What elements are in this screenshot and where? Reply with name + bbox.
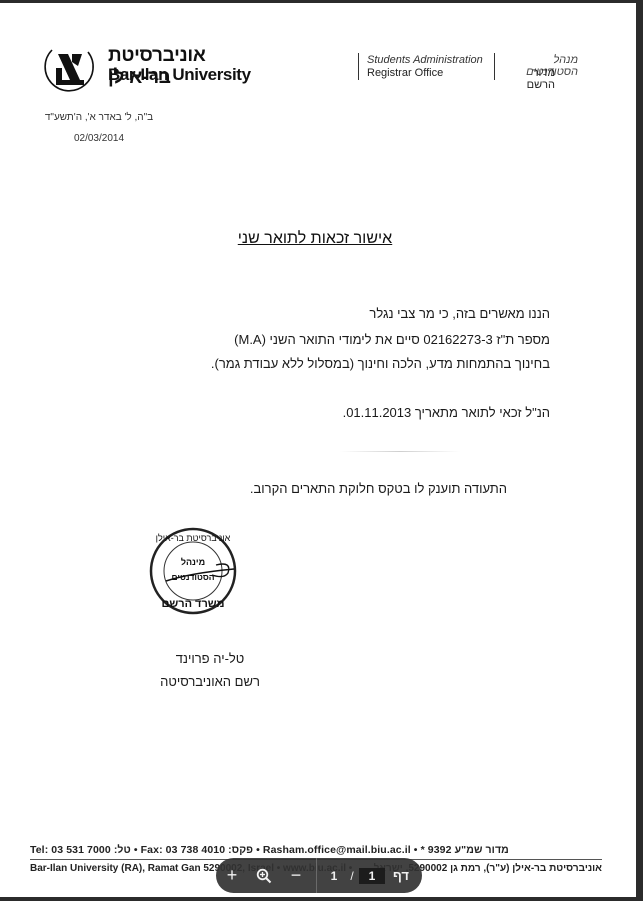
stamp-inner-line2: הסטודנטים xyxy=(171,572,214,582)
document-title: אישור זכאות לתואר שני xyxy=(225,230,405,248)
signatory-title: רשם האוניברסיטה xyxy=(150,674,270,689)
magnifier-icon xyxy=(256,868,272,884)
body-line: בחינוך בהתמחות מדע, הלכה וחינוך (במסלול … xyxy=(211,356,550,371)
stamp-outer-text: אוניברסיטת בר-אילן xyxy=(156,533,231,543)
gregorian-date: 02/03/2014 xyxy=(40,133,158,144)
office-en-line2: Registrar Office xyxy=(367,67,443,79)
university-name-english: Bar-Ilan University xyxy=(108,65,251,85)
body-line: הננו מאשרים בזה, כי מר צבי נגלר xyxy=(369,306,550,321)
footer-contact-line: Tel: 03 531 7000 :טל • Fax: 03 738 4010 … xyxy=(30,844,592,856)
page-number-input[interactable]: 1 xyxy=(359,868,385,884)
page-separator: / xyxy=(345,869,359,883)
pdf-toolbar: + − 1 / 1 דף xyxy=(216,858,422,893)
bar-ilan-logo-icon xyxy=(42,40,96,94)
current-page: 1 xyxy=(323,869,345,883)
stamp-inner-line1: מינהל xyxy=(181,557,205,567)
document-page: אוניברסיטת בר-אילן Bar-Ilan University S… xyxy=(0,3,636,897)
hebrew-date: ב"ה, ל' באדר א', ה'תשע"ד xyxy=(40,112,158,123)
office-he-line2: מדור הרשם xyxy=(503,67,555,91)
registrar-stamp-icon: מינהל הסטודנטים משרד הרשם אוניברסיטת בר-… xyxy=(146,525,240,617)
scan-artifact xyxy=(340,451,460,452)
body-line: הנ"ל זכאי לתואר מתאריך 01.11.2013. xyxy=(343,405,550,420)
office-en-line1: Students Administration xyxy=(367,54,483,66)
header-divider xyxy=(358,53,359,80)
page-label: דף xyxy=(393,868,409,883)
zoom-reset-button[interactable] xyxy=(248,858,280,893)
header-divider xyxy=(494,53,495,80)
stamp-bottom-text: משרד הרשם xyxy=(161,598,224,610)
zoom-in-button[interactable]: + xyxy=(216,858,248,893)
body-line: התעודה תוענק לו בטקס חלוקת התארים הקרוב. xyxy=(250,481,507,496)
body-line: מספר ת"ז 02162273-3 סיים את לימודי התואר… xyxy=(234,332,550,347)
plus-icon: + xyxy=(227,865,238,886)
footer-contact: Tel: 03 531 7000 :טל • Fax: 03 738 4010 … xyxy=(30,844,509,856)
signatory-name: טל-יה פרוינד xyxy=(150,651,270,666)
toolbar-separator xyxy=(316,858,317,893)
zoom-out-button[interactable]: − xyxy=(280,858,312,893)
minus-icon: − xyxy=(291,865,302,886)
